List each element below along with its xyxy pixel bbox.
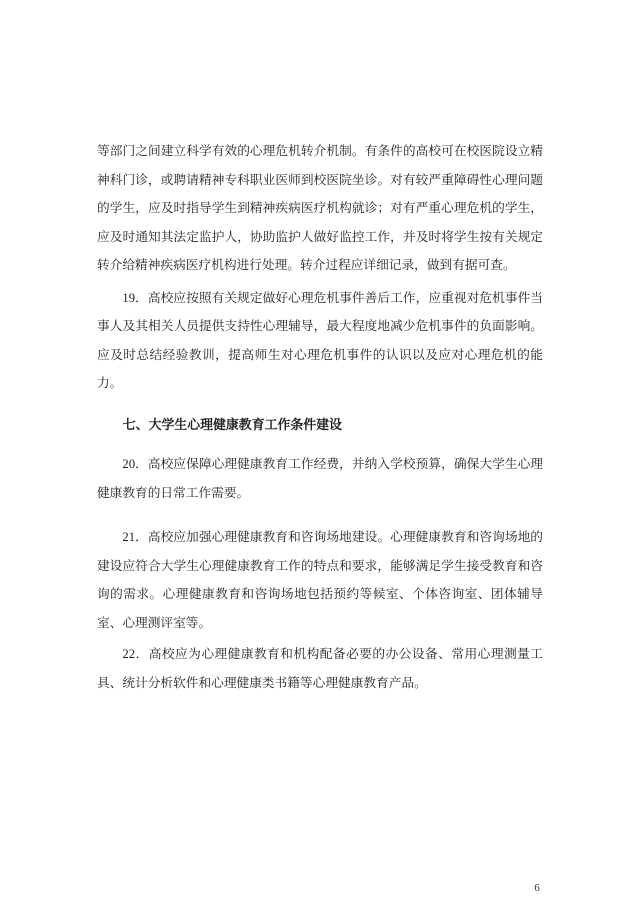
paragraph-19: 19．高校应按照有关规定做好心理危机事件善后工作，应重视对危机事件当事人及其相关… [97, 284, 543, 398]
paragraph-21: 21．高校应加强心理健康教育和咨询场地建设。心理健康教育和咨询场地的建设应符合大… [97, 523, 543, 637]
document-page: 等部门之间建立科学有效的心理危机转介机制。有条件的高校可在校医院设立精神科门诊，… [0, 0, 639, 905]
section-heading-7: 七、大学生心理健康教育工作条件建设 [97, 411, 543, 440]
document-body: 等部门之间建立科学有效的心理危机转介机制。有条件的高校可在校医院设立精神科门诊，… [97, 137, 543, 697]
page-number: 6 [531, 881, 543, 895]
paragraph-continuation: 等部门之间建立科学有效的心理危机转介机制。有条件的高校可在校医院设立精神科门诊，… [97, 137, 543, 280]
paragraph-22: 22．高校应为心理健康教育和机构配备必要的办公设备、常用心理测量工具、统计分析软… [97, 640, 543, 697]
paragraph-20: 20．高校应保障心理健康教育工作经费，并纳入学校预算，确保大学生心理健康教育的日… [97, 450, 543, 507]
